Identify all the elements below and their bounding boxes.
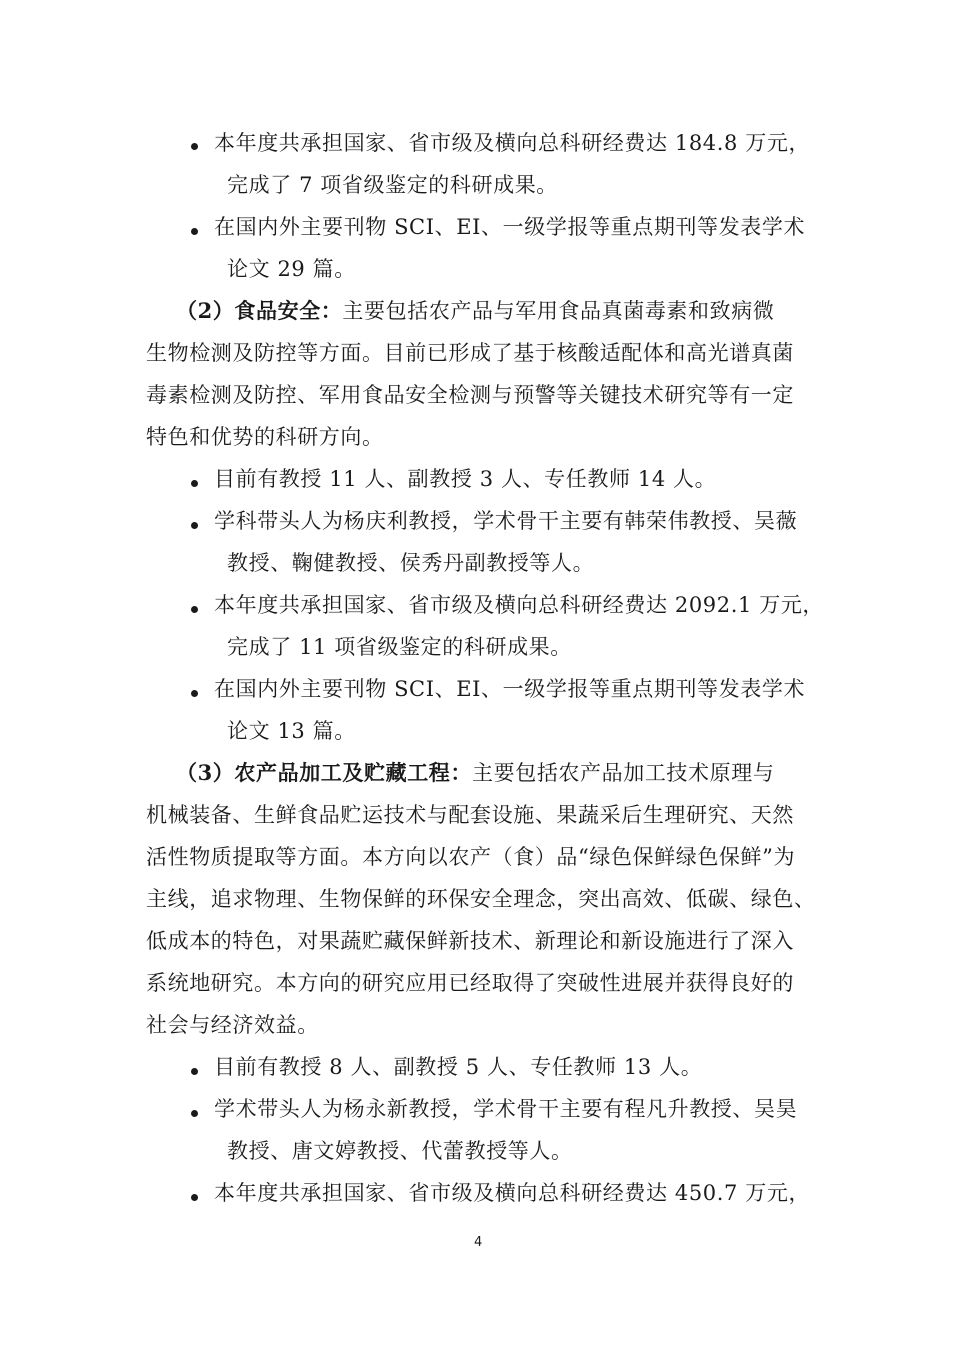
section-paragraph-first-line: （2）食品安全：主要包括农产品与军用食品真菌毒素和致病微 [176,299,774,323]
section-paragraph-first-line: （3）农产品加工及贮藏工程：主要包括农产品加工技术原理与 [176,761,774,785]
bullet-text-continued: 论文 29 篇。 [227,257,356,281]
bullet-dot [191,143,198,150]
bullet-dot [191,480,198,487]
bullet-dot [191,1068,198,1075]
paragraph-line: 生物检测及防控等方面。目前已形成了基于核酸适配体和高光谱真菌 [146,341,794,365]
bullet-text: 目前有教授 8 人、副教授 5 人、专任教师 13 人。 [214,1055,702,1079]
bullet-text: 目前有教授 11 人、副教授 3 人、专任教师 14 人。 [214,467,716,491]
bullet-text: 本年度共承担国家、省市级及横向总科研经费达 184.8 万元， [214,131,810,155]
bullet-text: 本年度共承担国家、省市级及横向总科研经费达 450.7 万元， [214,1181,810,1205]
paragraph-line: 特色和优势的科研方向。 [146,425,384,449]
bullet-dot [191,690,198,697]
bullet-dot [191,228,198,235]
document-page: 本年度共承担国家、省市级及横向总科研经费达 184.8 万元， 完成了 7 项省… [0,0,960,1357]
bullet-text-continued: 教授、鞠健教授、侯秀丹副教授等人。 [227,551,594,575]
paragraph-text: 主要包括农产品与军用食品真菌毒素和致病微 [342,299,774,323]
bullet-text-continued: 完成了 11 项省级鉴定的科研成果。 [227,635,572,659]
bullet-dot [191,606,198,613]
paragraph-line: 社会与经济效益。 [146,1013,319,1037]
bullet-dot [191,1110,198,1117]
section-heading: （2）食品安全： [176,298,342,323]
page-number: 4 [474,1235,482,1250]
bullet-text: 学术带头人为杨永新教授，学术骨干主要有程凡升教授、吴昊 [214,1097,797,1121]
bullet-dot [191,1194,198,1201]
paragraph-line: 毒素检测及防控、军用食品安全检测与预警等关键技术研究等有一定 [146,383,794,407]
bullet-text: 学科带头人为杨庆利教授，学术骨干主要有韩荣伟教授、吴薇 [214,509,797,533]
bullet-dot [191,522,198,529]
paragraph-line: 活性物质提取等方面。本方向以农产（食）品“绿色保鲜绿色保鲜”为 [146,845,795,869]
paragraph-text: 主要包括农产品加工技术原理与 [472,761,774,785]
paragraph-line: 主线，追求物理、生物保鲜的环保安全理念，突出高效、低碳、绿色、 [146,887,816,911]
paragraph-line: 低成本的特色，对果蔬贮藏保鲜新技术、新理论和新设施进行了深入 [146,929,794,953]
section-heading: （3）农产品加工及贮藏工程： [176,760,472,785]
bullet-text: 在国内外主要刊物 SCI、EI、一级学报等重点期刊等发表学术 [214,215,805,239]
bullet-text: 本年度共承担国家、省市级及横向总科研经费达 2092.1 万元， [214,593,824,617]
bullet-text: 在国内外主要刊物 SCI、EI、一级学报等重点期刊等发表学术 [214,677,805,701]
paragraph-line: 系统地研究。本方向的研究应用已经取得了突破性进展并获得良好的 [146,971,794,995]
bullet-text-continued: 教授、唐文婷教授、代蕾教授等人。 [227,1139,573,1163]
bullet-text-continued: 论文 13 篇。 [227,719,356,743]
paragraph-line: 机械装备、生鲜食品贮运技术与配套设施、果蔬采后生理研究、天然 [146,803,794,827]
bullet-text-continued: 完成了 7 项省级鉴定的科研成果。 [227,173,558,197]
